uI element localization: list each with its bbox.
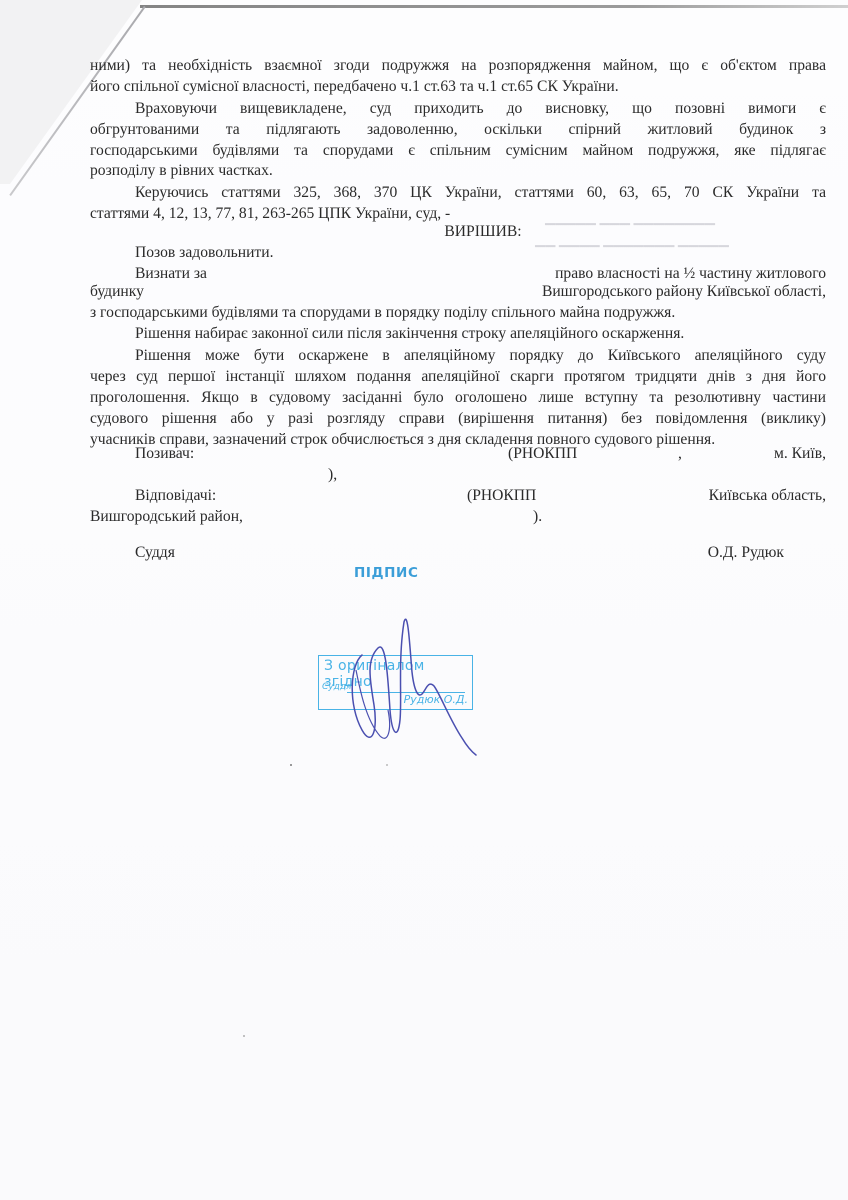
text-line: Визнати за [135, 263, 207, 284]
judge-label: Суддя [135, 542, 175, 563]
scan-speck [243, 1035, 245, 1037]
defendants-rnokpp: (РНОКПП [467, 485, 536, 506]
plaintiff-rnokpp: (РНОКПП [508, 443, 577, 464]
text-line: судового рішення або у разі розгляду спр… [90, 408, 826, 429]
plaintiff-label: Позивач: [135, 443, 194, 464]
scan-speck [386, 764, 388, 766]
judge-name: О.Д. Рудюк [708, 542, 784, 563]
plaintiff-close: ), [328, 464, 337, 485]
text-line: Рішення може бути оскаржене в апеляційно… [135, 345, 826, 366]
page-top-edge-shadow [140, 5, 848, 8]
text-line: його спільної сумісної власності, передб… [90, 76, 619, 97]
text-line: проголошення. Якщо в судовому засіданні … [90, 387, 826, 408]
plaintiff-city: м. Київ, [774, 443, 826, 464]
signature-mark: ПІДПИС [354, 565, 418, 581]
decision-heading: ВИРІШИВ: [90, 221, 826, 242]
defendants-close: ). [533, 506, 542, 527]
plaintiff-comma: , [678, 443, 682, 464]
text-line: Позов задовольнити. [135, 242, 274, 263]
defendants-district: Вишгородський район, [90, 506, 243, 527]
text-line: Рішення набирає законної сили після закі… [135, 323, 684, 344]
scanned-page: ▁▁▁▁▁ ▁▁▁ ▁▁▁▁▁▁▁▁ ▁▁ ▁▁▁▁ ▁▁▁▁▁▁▁ ▁▁▁▁▁… [0, 0, 848, 1200]
text-line: обгрунтованими та підлягають задоволенню… [90, 119, 826, 140]
text-line: через суд першої інстанції шляхом поданн… [90, 366, 826, 387]
text-line: Керуючись статтями 325, 368, 370 ЦК Укра… [135, 182, 826, 203]
text-line: ними) та необхідність взаємної згоди под… [90, 55, 826, 76]
text-line: господарськими будівлями та спорудами є … [90, 140, 826, 161]
text-line: розподілу в рівних частках. [90, 160, 273, 181]
handwritten-signature-icon [300, 610, 500, 760]
text-line: Враховуючи вищевикладене, суд приходить … [135, 98, 826, 119]
text-line: з господарськими будівлями та спорудами … [90, 302, 675, 323]
text-line: будинку [90, 281, 144, 302]
text-line: Вишгородського району Київської області, [542, 281, 826, 302]
defendants-region: Київська область, [709, 485, 826, 506]
scan-speck [290, 764, 292, 766]
defendants-label: Відповідачі: [135, 485, 216, 506]
